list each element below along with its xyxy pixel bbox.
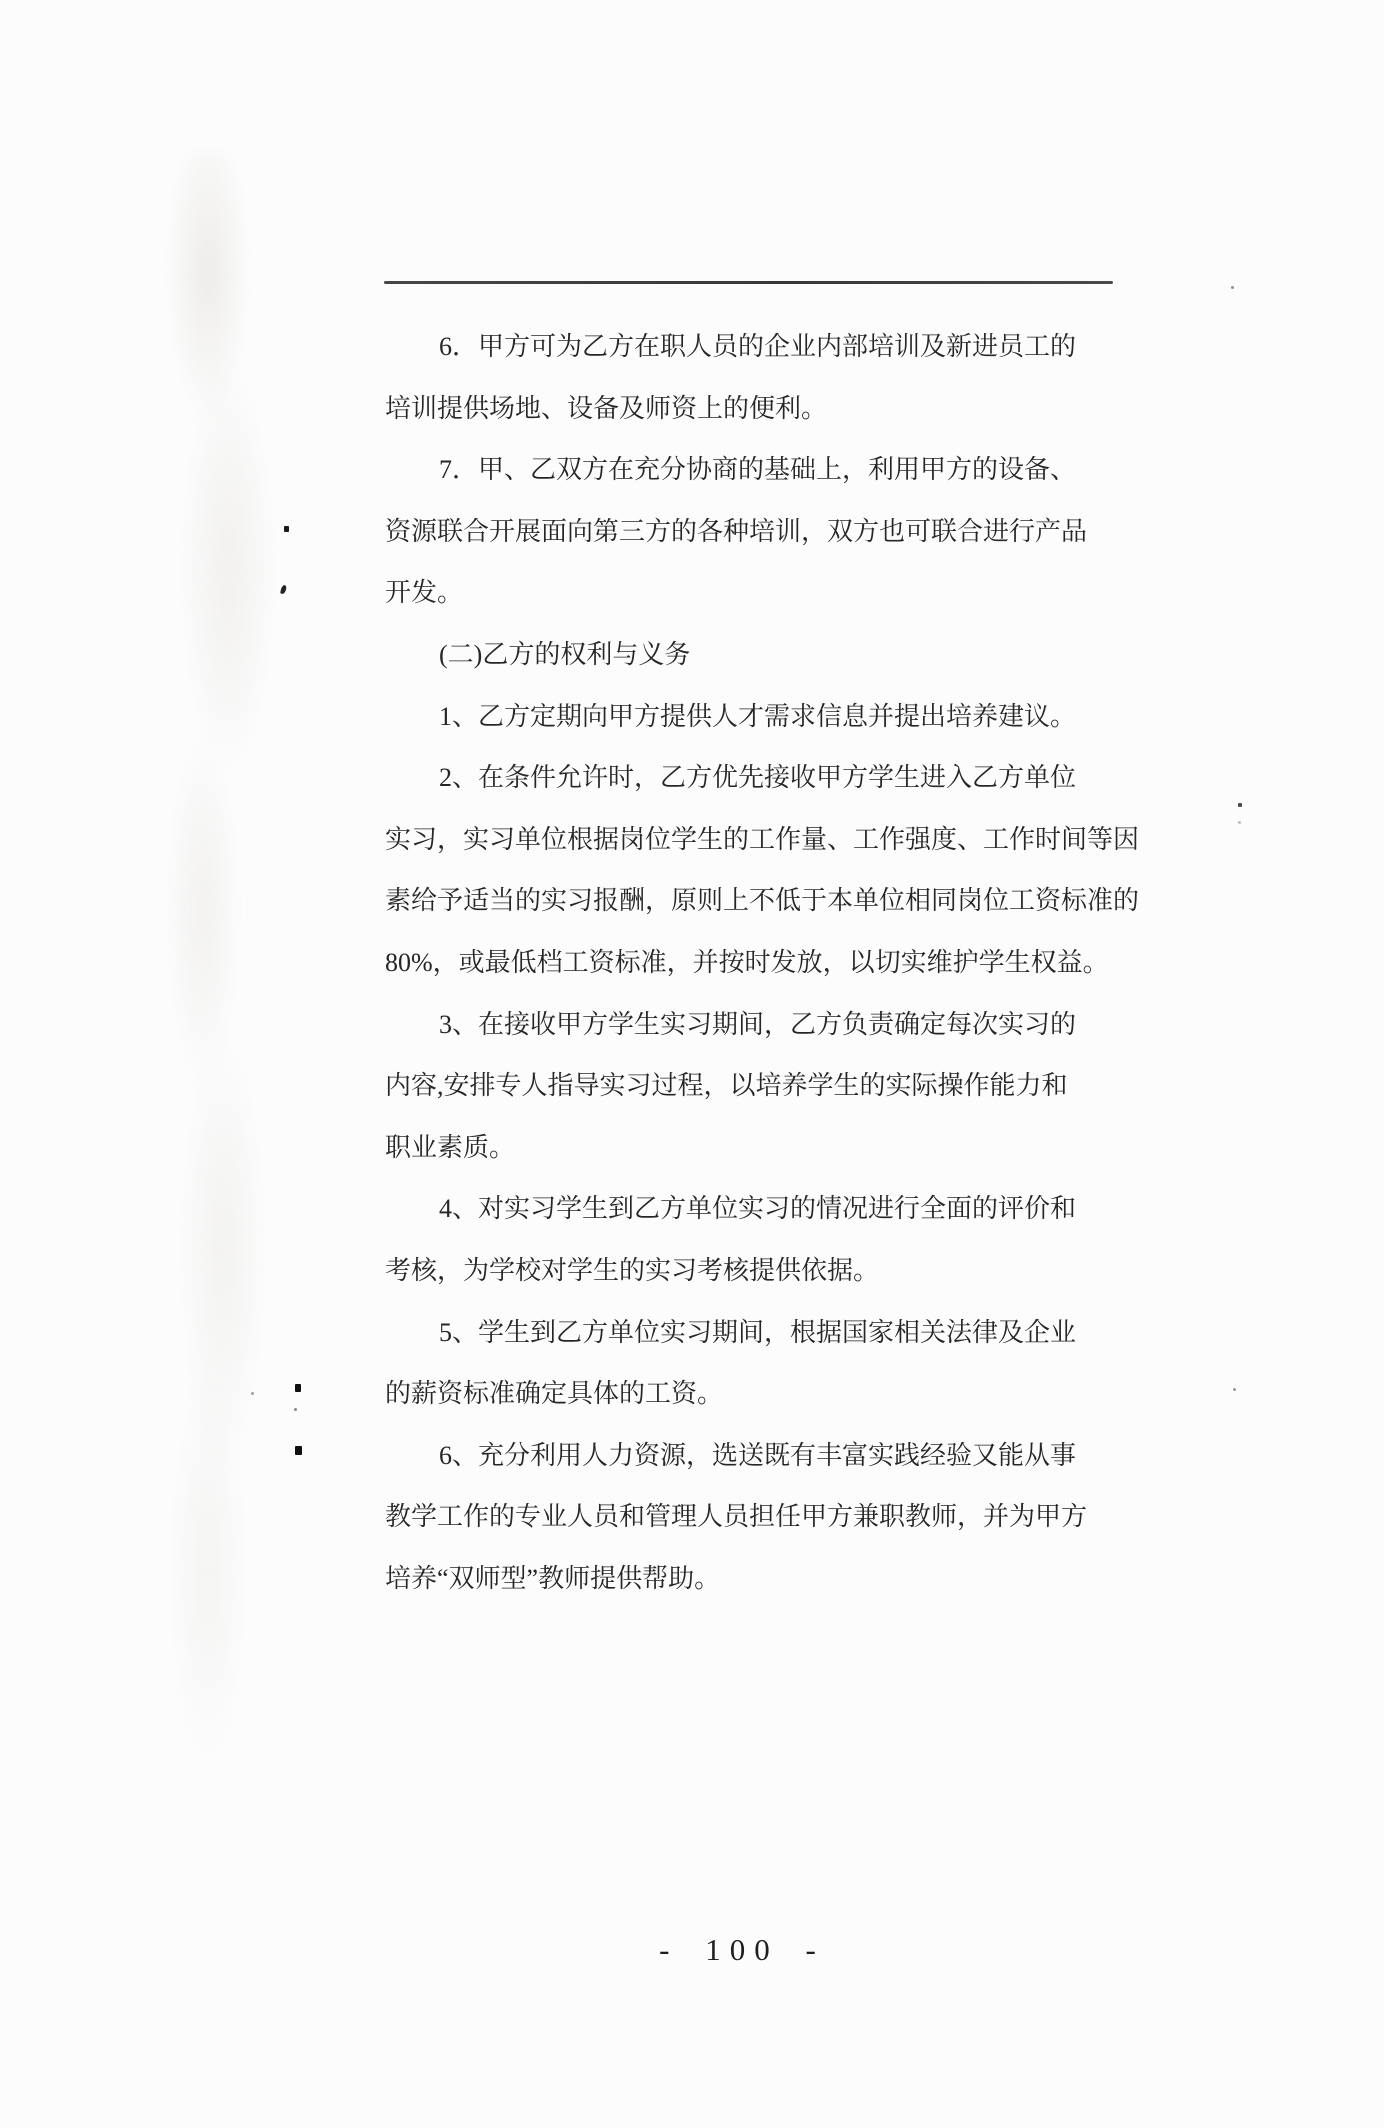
ink-speck (295, 1384, 301, 1392)
paragraph-line: 6、充分利用人力资源，选送既有丰富实践经验又能从事 (385, 1425, 1145, 1487)
document-body: 6．甲方可为乙方在职人员的企业内部培训及新进员工的 培训提供场地、设备及师资上的… (385, 316, 1145, 1609)
paragraph-line: 培训提供场地、设备及师资上的便利。 (385, 378, 1145, 440)
paragraph-line: 职业素质。 (385, 1117, 1145, 1179)
paragraph-line: 4、对实习学生到乙方单位实习的情况进行全面的评价和 (385, 1178, 1145, 1240)
paragraph-line: 6．甲方可为乙方在职人员的企业内部培训及新进员工的 (385, 316, 1145, 378)
ink-speck (294, 1408, 297, 1411)
section-heading-line: (二)乙方的权利与义务 (385, 624, 1145, 686)
ink-speck (284, 526, 289, 532)
ink-speck (251, 1392, 254, 1395)
ink-speck (1238, 803, 1242, 807)
paragraph-line: 的薪资标准确定具体的工资。 (385, 1363, 1145, 1425)
paragraph-line: 教学工作的专业人员和管理人员担任甲方兼职教师，并为甲方 (385, 1486, 1145, 1548)
scanned-document-page: 6．甲方可为乙方在职人员的企业内部培训及新进员工的 培训提供场地、设备及师资上的… (0, 0, 1384, 2128)
paragraph-line: 内容,安排专人指导实习过程，以培养学生的实际操作能力和 (385, 1055, 1145, 1117)
paragraph-line: 5、学生到乙方单位实习期间，根据国家相关法律及企业 (385, 1302, 1145, 1364)
ink-speck (1238, 821, 1241, 824)
paragraph-line: 2、在条件允许时，乙方优先接收甲方学生进入乙方单位 (385, 747, 1145, 809)
paragraph-line: 7．甲、乙双方在充分协商的基础上，利用甲方的设备、 (385, 439, 1145, 501)
page-number: - 100 - (0, 1932, 1384, 1968)
ink-speck (295, 1446, 302, 1455)
paragraph-line: 素给予适当的实习报酬，原则上不低于本单位相同岗位工资标准的 (385, 870, 1145, 932)
ink-speck (280, 585, 287, 595)
paragraph-line: 开发。 (385, 562, 1145, 624)
paragraph-line: 80%，或最低档工资标准，并按时发放，以切实维护学生权益。 (385, 932, 1145, 994)
paragraph-line: 考核，为学校对学生的实习考核提供依据。 (385, 1240, 1145, 1302)
ink-speck (1233, 1388, 1236, 1391)
scan-shadow-band (168, 150, 338, 1790)
ink-speck (1231, 286, 1234, 289)
header-separator-line (384, 281, 1113, 284)
paragraph-line: 3、在接收甲方学生实习期间，乙方负责确定每次实习的 (385, 994, 1145, 1056)
paragraph-line: 实习，实习单位根据岗位学生的工作量、工作强度、工作时间等因 (385, 809, 1145, 871)
paragraph-line: 培养“双师型”教师提供帮助。 (385, 1548, 1145, 1610)
paragraph-line: 资源联合开展面向第三方的各种培训，双方也可联合进行产品 (385, 501, 1145, 563)
paragraph-line: 1、乙方定期向甲方提供人才需求信息并提出培养建议。 (385, 686, 1145, 748)
